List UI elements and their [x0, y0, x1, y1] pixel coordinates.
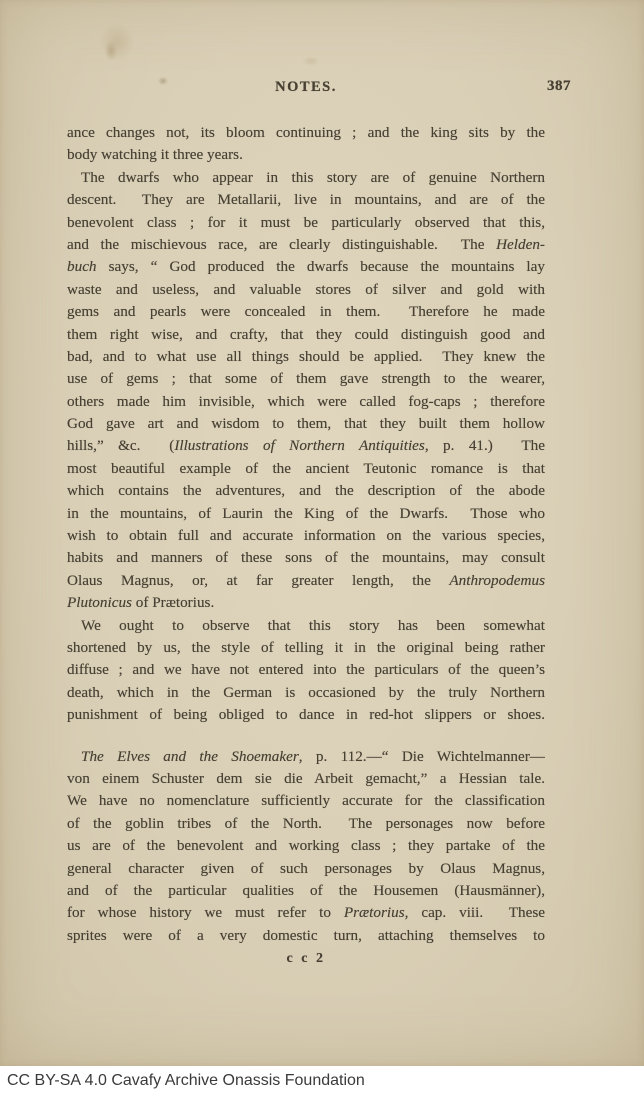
- text-line: us are of the benevolent and working cla…: [67, 835, 545, 857]
- text-line: Olaus Magnus, or, at far greater length,…: [67, 570, 545, 592]
- signature-mark: c c 2: [67, 951, 545, 967]
- text-line: We ought to observe that this story has …: [67, 615, 545, 637]
- page-number: 387: [547, 78, 571, 95]
- text-line: most beautiful example of the ancient Te…: [67, 458, 545, 480]
- text-line: use of gems ; that some of them gave str…: [67, 368, 545, 390]
- text-line: ance changes not, its bloom continuing ;…: [67, 122, 545, 144]
- text-line: wish to obtain full and accurate informa…: [67, 525, 545, 547]
- text-line: which contains the adventures, and the d…: [67, 480, 545, 502]
- text-line: gems and pearls were concealed in them. …: [67, 301, 545, 323]
- paragraph: We ought to observe that this story has …: [67, 615, 545, 727]
- license-text: CC BY-SA 4.0 Cavafy Archive Onassis Foun…: [7, 1072, 365, 1089]
- text-line: sprites were of a very domestic turn, at…: [67, 925, 545, 947]
- text-line: God gave art and wisdom to them, that th…: [67, 413, 545, 435]
- paper-stain: [103, 38, 119, 64]
- text-line: The dwarfs who appear in this story are …: [67, 167, 545, 189]
- running-head: NOTES.: [275, 79, 337, 95]
- text-line: death, which in the German is occasioned…: [67, 682, 545, 704]
- text-line: in the mountains, of Laurin the King of …: [67, 503, 545, 525]
- text-line: body watching it three years.: [67, 144, 545, 166]
- text-line: buch says, “ God produced the dwarfs bec…: [67, 256, 545, 278]
- text-line: them right wise, and crafty, that they c…: [67, 324, 545, 346]
- text-line: The Elves and the Shoemaker, p. 112.—“ D…: [67, 746, 545, 768]
- paragraph: The Elves and the Shoemaker, p. 112.—“ D…: [67, 746, 545, 948]
- text-line: benevolent class ; for it must be partic…: [67, 212, 545, 234]
- text-line: hills,” &c. (Illustrations of Northern A…: [67, 435, 545, 457]
- text-line: We have no nomenclature sufficiently acc…: [67, 790, 545, 812]
- text-line: shortened by us, the style of telling it…: [67, 637, 545, 659]
- text-line: others made him invisible, which were ca…: [67, 391, 545, 413]
- book-page: NOTES. 387 ance changes not, its bloom c…: [0, 0, 644, 1066]
- text-line: diffuse ; and we have not entered into t…: [67, 659, 545, 681]
- paper-stain: [300, 55, 322, 67]
- text-line: von einem Schuster dem sie die Arbeit ge…: [67, 768, 545, 790]
- page-header: NOTES. 387: [67, 78, 545, 96]
- text-line: Plutonicus of Prætorius.: [67, 592, 545, 614]
- text-line: general character given of such personag…: [67, 858, 545, 880]
- text-line: of the goblin tribes of the North. The p…: [67, 813, 545, 835]
- text-line: waste and useless, and valuable stores o…: [67, 279, 545, 301]
- paper-stain: [94, 16, 140, 68]
- text-line: habits and manners of these sons of the …: [67, 547, 545, 569]
- text-line: descent. They are Metallarii, live in mo…: [67, 189, 545, 211]
- paragraph: The dwarfs who appear in this story are …: [67, 167, 545, 615]
- text-line: and the mischievous race, are clearly di…: [67, 234, 545, 256]
- text-line: and of the particular qualities of the H…: [67, 880, 545, 902]
- page-body: ance changes not, its bloom continuing ;…: [67, 122, 545, 947]
- text-line: bad, and to what use all things should b…: [67, 346, 545, 368]
- text-line: for whose history we must refer to Præto…: [67, 902, 545, 924]
- attribution-bar: CC BY-SA 4.0 Cavafy Archive Onassis Foun…: [0, 1066, 644, 1096]
- document-viewer: NOTES. 387 ance changes not, its bloom c…: [0, 0, 644, 1096]
- paragraph: ance changes not, its bloom continuing ;…: [67, 122, 545, 167]
- text-line: punishment of being obliged to dance in …: [67, 704, 545, 726]
- text-block: NOTES. 387 ance changes not, its bloom c…: [67, 78, 545, 967]
